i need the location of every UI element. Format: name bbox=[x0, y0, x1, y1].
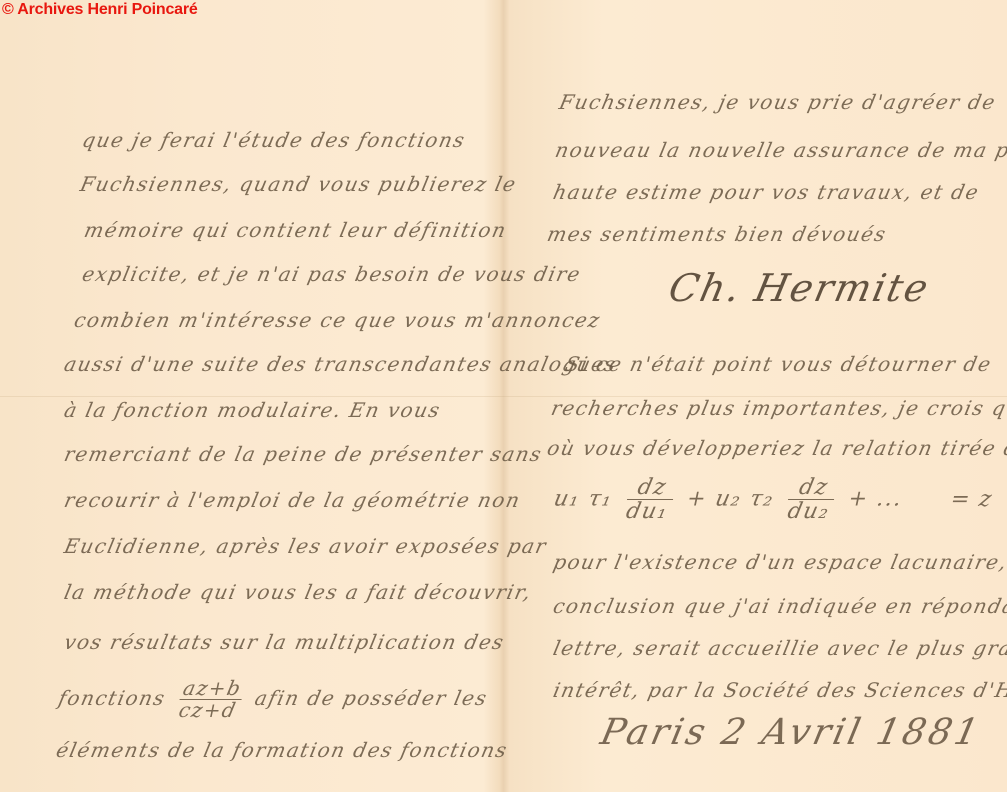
handwritten-line: que je ferai l'étude des fonctions bbox=[80, 128, 468, 152]
handwritten-line: la méthode qui vous les a fait découvrir… bbox=[62, 580, 534, 604]
handwritten-line: pour l'existence d'un espace lacunaire, bbox=[551, 550, 1007, 574]
handwritten-line: mémoire qui contient leur définition bbox=[82, 218, 509, 242]
handwritten-line: lettre, serait accueillie avec le plus g… bbox=[551, 636, 1007, 660]
signature: Ch. Hermite bbox=[665, 266, 934, 310]
handwritten-line: Si ce n'était point vous détourner de bbox=[563, 352, 994, 376]
eq-term2-num: dz bbox=[788, 476, 839, 500]
handwritten-line: mes sentiments bien dévoués bbox=[545, 222, 889, 246]
handwritten-line: intérêt, par la Société des Sciences d'H… bbox=[551, 678, 1007, 702]
eq-term1-num: dz bbox=[627, 476, 678, 500]
eq-term2-fraction: dz du₂ bbox=[783, 476, 839, 523]
eq-tail: + ... bbox=[846, 487, 905, 512]
right-page: Fuchsiennes, je vous prie d'agréer de no… bbox=[505, 0, 1007, 792]
handwritten-line: Euclidienne, après les avoir exposées pa… bbox=[62, 534, 549, 558]
eq-term1-fraction: dz du₁ bbox=[622, 476, 678, 523]
handwritten-line: à la fonction modulaire. En vous bbox=[62, 398, 443, 422]
handwritten-formula-line: fonctions az+b cz+d afin de posséder les bbox=[54, 678, 492, 721]
eq-term2-den: du₂ bbox=[783, 500, 833, 523]
letter-scan: © Archives Henri Poincaré que je ferai l… bbox=[0, 0, 1007, 792]
handwritten-line: conclusion que j'ai indiquée en répondan… bbox=[551, 594, 1007, 618]
handwritten-line: éléments de la formation des fonctions bbox=[54, 738, 510, 762]
handwritten-line: où vous développeriez la relation tirée … bbox=[545, 436, 1007, 460]
formula-prefix: fonctions bbox=[56, 686, 168, 710]
left-page: que je ferai l'étude des fonctions Fuchs… bbox=[0, 0, 500, 792]
handwritten-line: haute estime pour vos travaux, et de bbox=[551, 180, 982, 204]
handwritten-line: Fuchsiennes, quand vous publierez le bbox=[78, 172, 519, 196]
handwritten-equation: u₁ τ₁ dz du₁ + u₂ τ₂ dz du₂ + ... = z bbox=[549, 476, 998, 523]
eq-rhs: = z bbox=[948, 487, 995, 512]
fraction-numerator: az+b bbox=[179, 678, 246, 700]
handwritten-line: vos résultats sur la multiplication des bbox=[62, 630, 507, 654]
handwritten-line: recourir à l'emploi de la géométrie non bbox=[62, 488, 523, 512]
eq-term1-coef: u₁ τ₁ bbox=[551, 487, 615, 512]
scan-border bbox=[0, 792, 1007, 800]
handwritten-line: remerciant de la peine de présenter sans bbox=[62, 442, 545, 466]
handwritten-line: nouveau la nouvelle assurance de ma plus bbox=[553, 138, 1007, 162]
letter-date: Paris 2 Avril 1881 bbox=[597, 712, 985, 753]
handwritten-line: Fuchsiennes, je vous prie d'agréer de bbox=[557, 90, 999, 114]
mobius-fraction: az+b cz+d bbox=[175, 678, 246, 721]
eq-term1-den: du₁ bbox=[622, 500, 672, 523]
handwritten-line: recherches plus importantes, je crois qu… bbox=[549, 396, 1007, 420]
fraction-denominator: cz+d bbox=[175, 700, 241, 721]
formula-suffix: afin de posséder les bbox=[253, 686, 490, 710]
eq-term2-coef: + u₂ τ₂ bbox=[685, 487, 777, 512]
